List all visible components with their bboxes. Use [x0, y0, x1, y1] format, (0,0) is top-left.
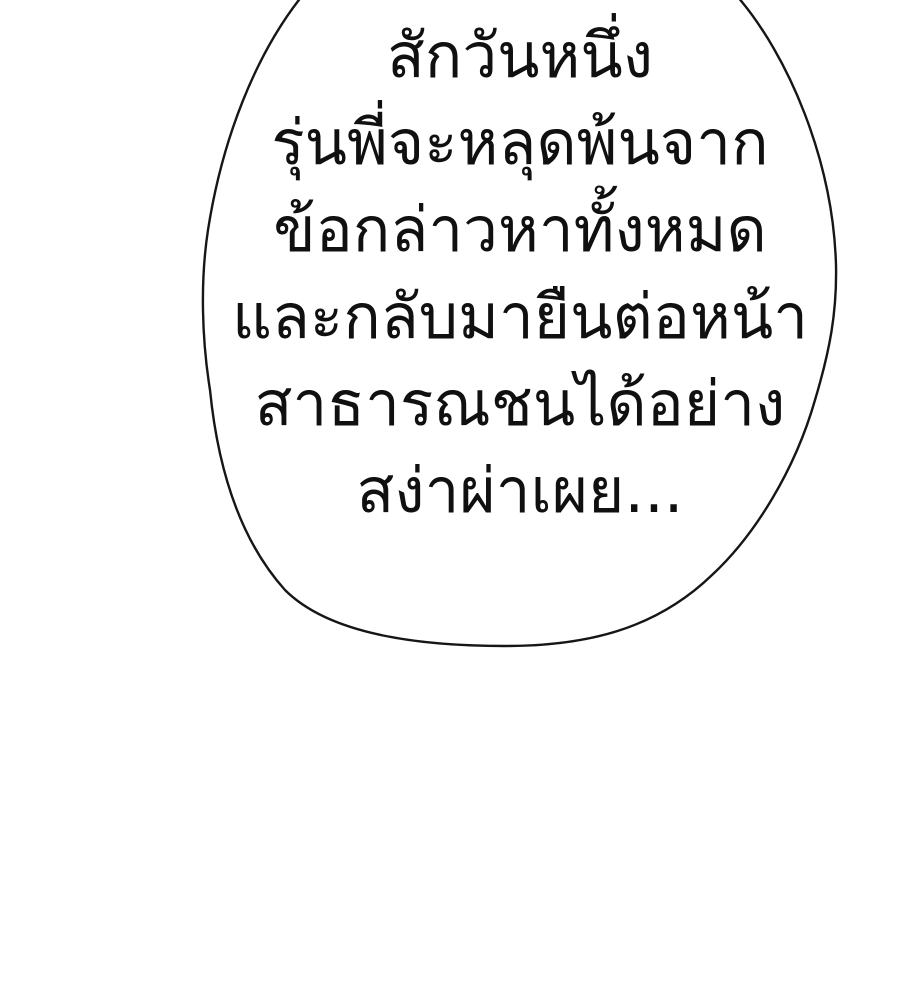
speech-bubble-text-line: และกลับมายืนต่อหน้า: [120, 273, 900, 360]
speech-bubble-text-line: สง่าผ่าเผย...: [120, 447, 900, 534]
comic-panel: สักวันหนึ่ง รุ่นพี่จะหลุดพ้นจาก ข้อกล่าว…: [0, 0, 900, 1000]
speech-bubble-text-line: รุ่นพี่จะหลุดพ้นจาก: [120, 99, 900, 186]
speech-bubble-text-line: สักวันหนึ่ง: [120, 12, 900, 99]
speech-bubble-text-line: สาธารณชนได้อย่าง: [120, 360, 900, 447]
speech-bubble-text-line: ข้อกล่าวหาทั้งหมด: [120, 186, 900, 273]
speech-bubble-text: สักวันหนึ่ง รุ่นพี่จะหลุดพ้นจาก ข้อกล่าว…: [120, 12, 900, 534]
